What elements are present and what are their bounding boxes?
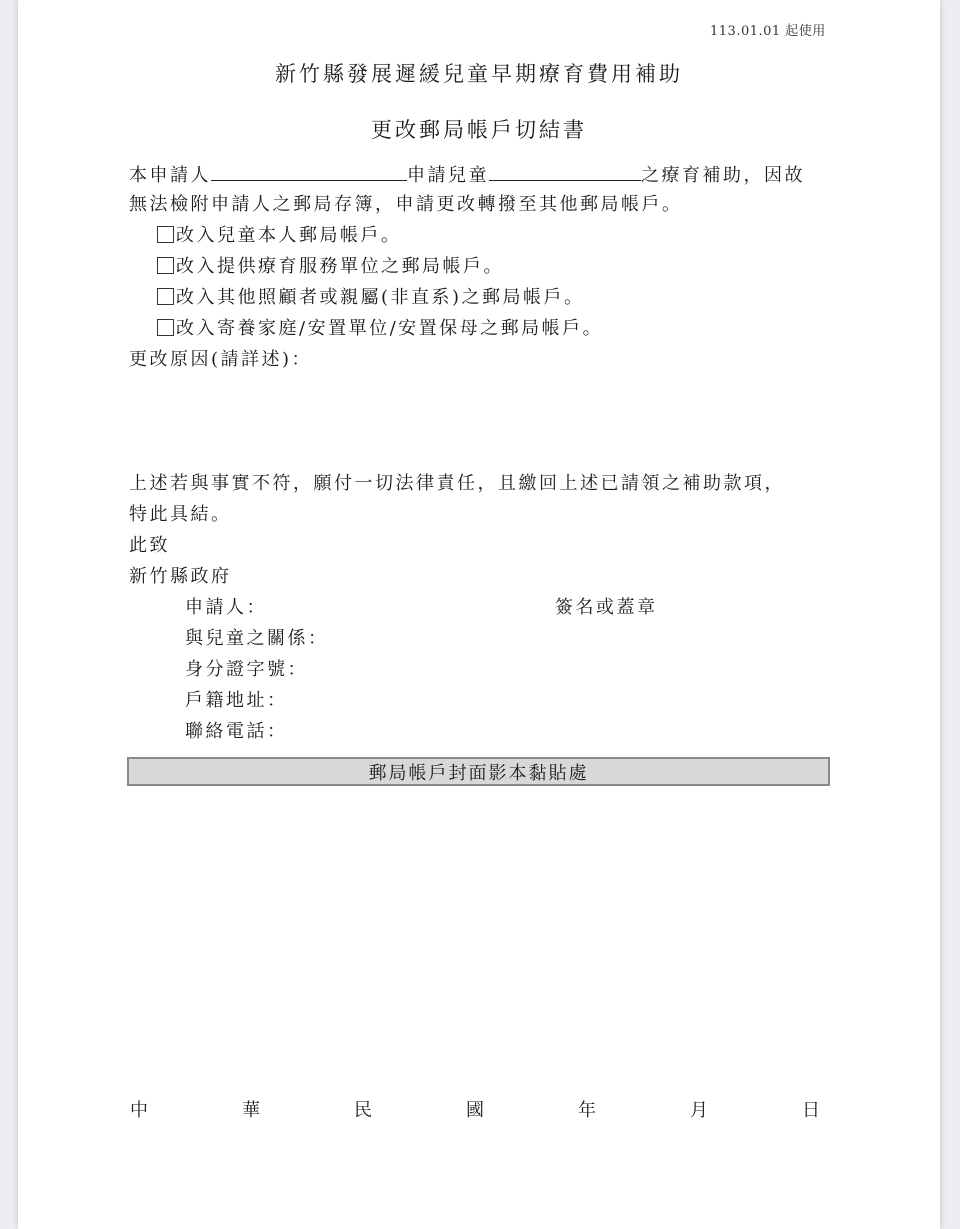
option-label: 改入提供療育服務單位之郵局帳戶。 xyxy=(176,256,504,277)
date-char: 華 xyxy=(242,1096,260,1122)
intro-line-2: 無法檢附申請人之郵局存簿，申請更改轉撥至其他郵局帳戶。 xyxy=(129,193,683,217)
option-label: 改入其他照顧者或親屬(非直系)之郵局帳戶。 xyxy=(176,287,585,308)
declaration-line-1: 上述若與事實不符，願付一切法律責任，且繳回上述已請領之補助款項， xyxy=(129,472,785,496)
declaration-line-2: 特此具結。 xyxy=(129,503,232,527)
option-label: 改入寄養家庭/安置單位/安置保母之郵局帳戶。 xyxy=(176,318,603,339)
intro-applicant-label: 本申請人 xyxy=(129,165,211,186)
reason-label: 更改原因(請詳述)： xyxy=(129,348,312,372)
option-caregiver-account[interactable]: 改入其他照顧者或親屬(非直系)之郵局帳戶。 xyxy=(157,286,585,310)
option-child-account[interactable]: 改入兒童本人郵局帳戶。 xyxy=(157,224,402,248)
paste-area xyxy=(127,788,830,1078)
date-row: 中 華 民 國 年 月 日 xyxy=(130,1096,820,1122)
phone-field-label: 聯絡電話： xyxy=(185,720,288,744)
date-day-label: 日 xyxy=(802,1096,820,1122)
checkbox[interactable] xyxy=(157,288,174,305)
applicant-field-label: 申請人： xyxy=(185,596,267,620)
date-year-label: 年 xyxy=(578,1096,596,1122)
date-char: 國 xyxy=(466,1096,484,1122)
paste-area-label: 郵局帳戶封面影本黏貼處 xyxy=(369,759,589,785)
document-subtitle: 更改郵局帳戶切結書 xyxy=(18,114,940,144)
date-month-label: 月 xyxy=(690,1096,708,1122)
intro-child-label: 申請兒童 xyxy=(407,165,489,186)
id-number-field-label: 身分證字號： xyxy=(185,658,308,682)
intro-line-1: 本申請人申請兒童之療育補助，因故 xyxy=(129,162,805,188)
checkbox[interactable] xyxy=(157,226,174,243)
checkbox[interactable] xyxy=(157,257,174,274)
salutation: 此致 xyxy=(129,534,170,558)
option-service-unit-account[interactable]: 改入提供療育服務單位之郵局帳戶。 xyxy=(157,255,504,279)
version-note: 113.01.01 起使用 xyxy=(710,20,826,39)
applicant-name-blank[interactable] xyxy=(211,162,407,181)
relationship-field-label: 與兒童之關係： xyxy=(185,627,329,651)
paste-area-header: 郵局帳戶封面影本黏貼處 xyxy=(127,757,830,786)
document-title: 新竹縣發展遲緩兒童早期療育費用補助 xyxy=(18,58,940,88)
document-page: 113.01.01 起使用 新竹縣發展遲緩兒童早期療育費用補助 更改郵局帳戶切結… xyxy=(18,0,940,1229)
option-foster-account[interactable]: 改入寄養家庭/安置單位/安置保母之郵局帳戶。 xyxy=(157,317,603,341)
signature-label: 簽名或蓋章 xyxy=(555,596,658,620)
date-char: 中 xyxy=(130,1096,148,1122)
child-name-blank[interactable] xyxy=(489,162,641,181)
date-char: 民 xyxy=(354,1096,372,1122)
intro-subsidy-text: 之療育補助，因故 xyxy=(641,165,805,186)
address-field-label: 戶籍地址： xyxy=(185,689,288,713)
recipient: 新竹縣政府 xyxy=(129,565,232,589)
checkbox[interactable] xyxy=(157,319,174,336)
reason-input-area[interactable] xyxy=(129,376,829,466)
option-label: 改入兒童本人郵局帳戶。 xyxy=(176,225,402,246)
